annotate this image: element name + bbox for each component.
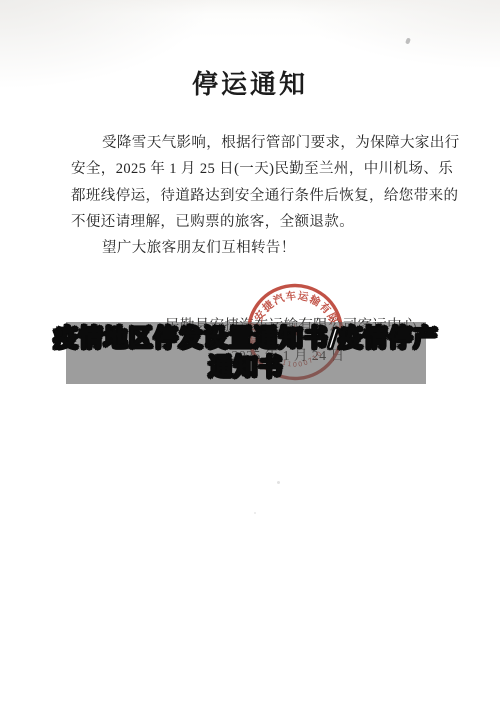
page-title: 停运通知 [0,64,500,101]
body-line-4: 不便还请理解，已购票的旅客，全额退款。 [71,210,451,231]
scan-speck [254,512,256,514]
body-line-5: 望广大旅客朋友们互相转告！ [71,236,451,257]
body-line-3: 都班线停运，待道路达到安全通行条件后恢复，给您带来的 [71,184,451,205]
scan-speck [277,481,280,484]
caption-overlay-band: 疫情地区停发设置通知书/疫情停产 通知书 [66,322,426,384]
caption-line-2: 通知书 [209,353,284,382]
body-line-2: 安全，2025 年 1 月 25 日(一天)民勤至兰州，中川机场、乐 [71,157,451,178]
body-line-1: 受降雪天气影响，根据行管部门要求，为保障大家出行 [71,131,451,152]
caption-line-1: 疫情地区停发设置通知书/疫情停产 [54,324,439,353]
document-page: 停运通知 受降雪天气影响，根据行管部门要求，为保障大家出行 安全，2025 年 … [0,0,500,706]
scan-speck [405,37,411,44]
